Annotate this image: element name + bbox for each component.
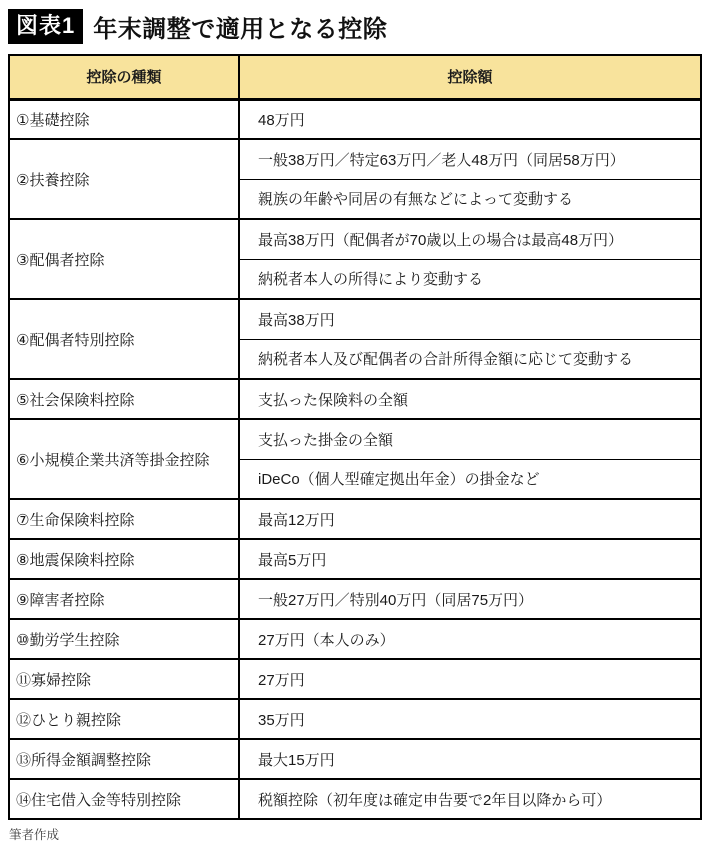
deduction-amount-cell: 支払った保険料の全額 bbox=[239, 379, 701, 419]
deduction-type-cell: ⑭住宅借入金等特別控除 bbox=[9, 779, 239, 819]
deduction-amount-note-cell: 納税者本人の所得により変動する bbox=[239, 259, 701, 299]
deduction-amount-cell: 48万円 bbox=[239, 99, 701, 139]
deduction-type-cell: ⑦生命保険料控除 bbox=[9, 499, 239, 539]
col-header-deduction-amount: 控除額 bbox=[239, 55, 701, 99]
table-row: ④配偶者特別控除 最高38万円 bbox=[9, 299, 701, 339]
table-row: ⑨障害者控除 一般27万円／特別40万円（同居75万円） bbox=[9, 579, 701, 619]
deduction-amount-cell: 27万円 bbox=[239, 659, 701, 699]
table-row: ①基礎控除 48万円 bbox=[9, 99, 701, 139]
deduction-amount-cell: 最大15万円 bbox=[239, 739, 701, 779]
deductions-table: 控除の種類 控除額 ①基礎控除 48万円 ②扶養控除 一般38万円／特定63万円… bbox=[8, 54, 702, 820]
table-row: ⑧地震保険料控除 最高5万円 bbox=[9, 539, 701, 579]
deduction-type-cell: ⑤社会保険料控除 bbox=[9, 379, 239, 419]
deduction-type-cell: ⑨障害者控除 bbox=[9, 579, 239, 619]
table-row: ⑥小規模企業共済等掛金控除 支払った掛金の全額 bbox=[9, 419, 701, 459]
deduction-amount-cell: 27万円（本人のみ） bbox=[239, 619, 701, 659]
deduction-type-cell: ①基礎控除 bbox=[9, 99, 239, 139]
table-row: ⑩勤労学生控除 27万円（本人のみ） bbox=[9, 619, 701, 659]
deduction-type-cell: ④配偶者特別控除 bbox=[9, 299, 239, 379]
table-row: ⑪寡婦控除 27万円 bbox=[9, 659, 701, 699]
deduction-amount-cell: 35万円 bbox=[239, 699, 701, 739]
deduction-amount-cell: 一般27万円／特別40万円（同居75万円） bbox=[239, 579, 701, 619]
col-header-deduction-type: 控除の種類 bbox=[9, 55, 239, 99]
deduction-amount-cell: 最高5万円 bbox=[239, 539, 701, 579]
deduction-amount-cell: 最高12万円 bbox=[239, 499, 701, 539]
table-row: ⑤社会保険料控除 支払った保険料の全額 bbox=[9, 379, 701, 419]
table-row: ⑫ひとり親控除 35万円 bbox=[9, 699, 701, 739]
deduction-type-cell: ⑩勤労学生控除 bbox=[9, 619, 239, 659]
figure-badge: 図表1 bbox=[8, 9, 83, 44]
deduction-amount-cell: 税額控除（初年度は確定申告要で2年目以降から可） bbox=[239, 779, 701, 819]
table-row: ②扶養控除 一般38万円／特定63万円／老人48万円（同居58万円） bbox=[9, 139, 701, 179]
page-title: 年末調整で適用となる控除 bbox=[93, 9, 387, 44]
deduction-amount-cell: 最高38万円 bbox=[239, 299, 701, 339]
deduction-type-cell: ⑬所得金額調整控除 bbox=[9, 739, 239, 779]
deduction-amount-cell: 最高38万円（配偶者が70歳以上の場合は最高48万円） bbox=[239, 219, 701, 259]
figure-title-row: 図表1 年末調整で適用となる控除 bbox=[8, 8, 702, 44]
deduction-amount-note-cell: iDeCo（個人型確定拠出年金）の掛金など bbox=[239, 459, 701, 499]
figure-page: 図表1 年末調整で適用となる控除 控除の種類 控除額 ①基礎控除 48万円 ②扶… bbox=[0, 0, 710, 849]
deduction-amount-note-cell: 納税者本人及び配偶者の合計所得金額に応じて変動する bbox=[239, 339, 701, 379]
deduction-amount-cell: 一般38万円／特定63万円／老人48万円（同居58万円） bbox=[239, 139, 701, 179]
deduction-type-cell: ⑥小規模企業共済等掛金控除 bbox=[9, 419, 239, 499]
source-note: 筆者作成 bbox=[8, 825, 702, 843]
deduction-type-cell: ⑫ひとり親控除 bbox=[9, 699, 239, 739]
table-row: ⑭住宅借入金等特別控除 税額控除（初年度は確定申告要で2年目以降から可） bbox=[9, 779, 701, 819]
deduction-amount-note-cell: 親族の年齢や同居の有無などによって変動する bbox=[239, 179, 701, 219]
table-row: ⑦生命保険料控除 最高12万円 bbox=[9, 499, 701, 539]
table-header-row: 控除の種類 控除額 bbox=[9, 55, 701, 99]
deduction-type-cell: ③配偶者控除 bbox=[9, 219, 239, 299]
table-row: ⑬所得金額調整控除 最大15万円 bbox=[9, 739, 701, 779]
deduction-type-cell: ②扶養控除 bbox=[9, 139, 239, 219]
deduction-amount-cell: 支払った掛金の全額 bbox=[239, 419, 701, 459]
deduction-type-cell: ⑧地震保険料控除 bbox=[9, 539, 239, 579]
table-row: ③配偶者控除 最高38万円（配偶者が70歳以上の場合は最高48万円） bbox=[9, 219, 701, 259]
deduction-type-cell: ⑪寡婦控除 bbox=[9, 659, 239, 699]
